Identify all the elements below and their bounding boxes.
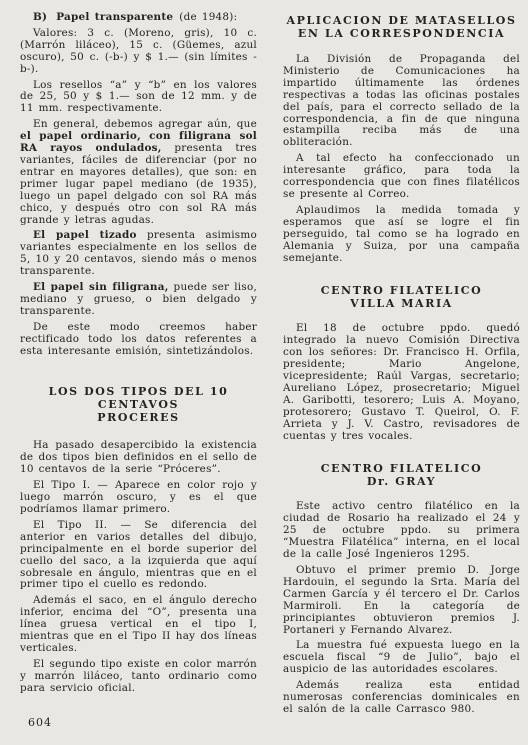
heading-centro-filatelico-dr-gray: CENTRO FILATELICO Dr. GRAY: [283, 462, 520, 488]
left-column: B)Papel transparente(de 1948): Valores: …: [20, 12, 257, 735]
heading-centro-filatelico-villa-maria: CENTRO FILATELICO VILLA MARIA: [283, 284, 520, 310]
paragraph-papel-tizado: El papel tizado presenta asimismo varian…: [20, 230, 257, 278]
section-b-title: Papel transparente: [56, 11, 173, 23]
heading-line: CENTRO FILATELICO: [283, 462, 520, 475]
paragraph-papel-sin-filigrana: El papel sin filigrana, puede ser liso, …: [20, 282, 257, 318]
paragraph-tipo-2: El Tipo II. — Se diferencia del anterior…: [20, 520, 257, 591]
right-column: APLICACION DE MATASELLOS EN LA CORRESPON…: [283, 12, 520, 735]
paragraph-en-general: En general, debemos agregar aún, que el …: [20, 119, 257, 226]
heading-line: Dr. GRAY: [283, 475, 520, 488]
paragraph-la-muestra: La muestra fué expuesta luego en la escu…: [283, 640, 520, 676]
paragraph-a-tal-efecto: A tal efecto ha confeccionado un interes…: [283, 153, 520, 201]
document-page: B)Papel transparente(de 1948): Valores: …: [0, 0, 528, 745]
text-segment: En general, debemos agregar aún, que: [33, 118, 257, 130]
text-segment-bold: El papel tizado: [33, 229, 137, 241]
paragraph-division-propaganda: La División de Propaganda del Ministerio…: [283, 54, 520, 149]
paragraph-este-activo: Este activo centro filatélico en la ciud…: [283, 501, 520, 561]
heading-line: LOS DOS TIPOS DEL 10 CENTAVOS: [20, 385, 257, 411]
heading-line: APLICACION DE MATASELLOS: [283, 14, 520, 27]
paragraph-valores: Valores: 3 c. (Moreno, gris), 10 c. (Mar…: [20, 28, 257, 76]
page-number: 604: [20, 716, 257, 735]
heading-line: VILLA MARIA: [283, 297, 520, 310]
paragraph-aplaudimos: Aplaudimos la medida tomada y esperamos …: [283, 205, 520, 265]
heading-los-dos-tipos: LOS DOS TIPOS DEL 10 CENTAVOS PROCERES: [20, 385, 257, 424]
text-segment-bold: El papel sin filigrana,: [33, 281, 169, 293]
paragraph-ademas-saco: Además el saco, en el ángulo derecho inf…: [20, 595, 257, 655]
paragraph-de-este-modo: De este modo creemos haber rectificado t…: [20, 322, 257, 358]
text-segment: presenta tres variantes, fáciles de dife…: [20, 142, 257, 225]
heading-aplicacion-matasellos: APLICACION DE MATASELLOS EN LA CORRESPON…: [283, 14, 520, 40]
heading-line: PROCERES: [20, 411, 257, 424]
paragraph-resellos: Los resellos “a” y “b” en los valores de…: [20, 80, 257, 116]
heading-line: EN LA CORRESPONDENCIA: [283, 27, 520, 40]
paragraph-tipo-1: El Tipo I. — Aparece en color rojo y lue…: [20, 480, 257, 516]
section-b-label: B): [33, 11, 47, 23]
section-b-year: (de 1948):: [179, 11, 237, 23]
paragraph-segundo-tipo: El segundo tipo existe en color marrón y…: [20, 659, 257, 695]
paragraph-ademas-realiza: Además realiza esta entidad numerosas co…: [283, 680, 520, 716]
paragraph-comision-directiva: El 18 de octubre ppdo. quedó integrado l…: [283, 323, 520, 442]
paragraph-ha-pasado: Ha pasado desapercibido la existencia de…: [20, 440, 257, 476]
paragraph-obtuvo-premios: Obtuvo el primer premio D. Jorge Hardoui…: [283, 565, 520, 636]
heading-line: CENTRO FILATELICO: [283, 284, 520, 297]
section-b-heading: B)Papel transparente(de 1948):: [20, 12, 257, 24]
